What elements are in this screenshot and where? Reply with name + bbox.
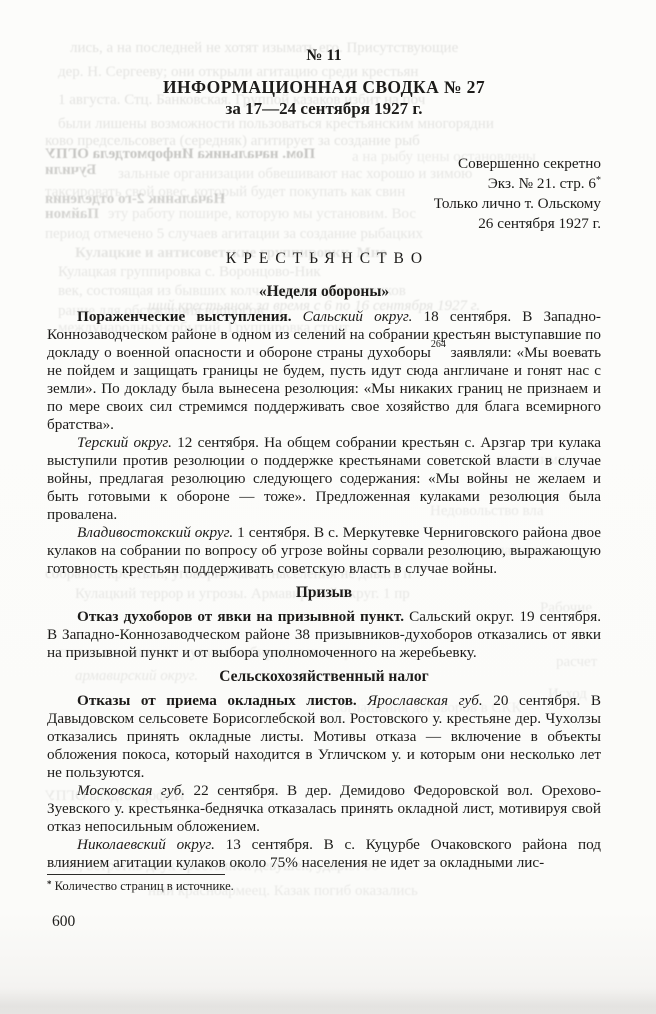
document-body: № 11 ИНФОРМАЦИОННАЯ СВОДКА № 27 за 17—24… xyxy=(47,0,601,872)
footnote-text: * Количество страниц в источнике. xyxy=(47,879,601,895)
paragraph-lead-bold: Пораженческие выступления. xyxy=(77,308,303,325)
page-number: 600 xyxy=(52,913,75,931)
document-date-range: за 17—24 сентября 1927 г. xyxy=(47,99,601,118)
district-name-italic: Терский округ. xyxy=(77,434,172,451)
subheading-defense-week: «Неделя обороны» xyxy=(47,283,601,301)
classification-secrecy: Совершенно секретно xyxy=(47,154,601,174)
document-title: ИНФОРМАЦИОННАЯ СВОДКА № 27 xyxy=(47,78,601,97)
district-name-italic: Николаевский округ. xyxy=(77,836,215,853)
subheading-agricultural-tax: Сельскохозяйственный налог xyxy=(47,668,601,686)
endnote-reference: 264 xyxy=(431,339,446,350)
paragraph-tax-sheet-refusals: Отказы от приема окладных листов. Яросла… xyxy=(47,692,601,782)
province-name-italic: Московская губ. xyxy=(77,782,185,799)
classification-copy-number: Экз. № 21. стр. 6* xyxy=(47,174,601,194)
footnote-marker: * xyxy=(47,879,52,889)
paragraph-moscow-gub: Московская губ. 22 сентября. В дер. Деми… xyxy=(47,782,601,836)
classification-block: Совершенно секретно Экз. № 21. стр. 6* Т… xyxy=(47,154,601,234)
paragraph-nikolaevsky-okrug: Николаевский округ. 13 сентября. В с. Ку… xyxy=(47,836,601,872)
footnote-block: * Количество страниц в источнике. xyxy=(47,874,601,895)
paragraph-vladivostok-okrug: Владивостокский округ. 1 сентября. В с. … xyxy=(47,524,601,578)
paragraph-dukhobor-refusal: Отказ духоборов от явки на призывной пун… xyxy=(47,608,601,662)
footnote-marker-reference: * xyxy=(596,175,601,186)
paragraph-tersky-okrug: Терский округ. 12 сентября. На общем соб… xyxy=(47,434,601,524)
footnote-content: Количество страниц в источнике. xyxy=(55,879,234,893)
province-name-italic: Ярославская губ. xyxy=(367,692,482,709)
district-name-italic: Владивостокский округ. xyxy=(77,524,233,541)
paragraph-lead-bold: Отказы от приема окладных листов. xyxy=(77,692,367,709)
document-number: № 11 xyxy=(47,0,601,64)
section-heading-peasantry: КРЕСТЬЯНСТВО xyxy=(47,250,601,267)
paragraph-defeatist-statements: Пораженческие выступления. Сальский окру… xyxy=(47,308,601,434)
classification-addressee: Только лично т. Ольскому xyxy=(47,194,601,214)
district-name-italic: Сальский округ. xyxy=(303,308,413,325)
paragraph-lead-bold: Отказ духоборов от явки на призывной пун… xyxy=(77,608,409,625)
classification-date: 26 сентября 1927 г. xyxy=(47,214,601,234)
subheading-conscription: Призыв xyxy=(47,584,601,602)
footnote-divider xyxy=(47,874,225,875)
copy-number-text: Экз. № 21. стр. 6 xyxy=(488,175,596,192)
scanned-document-page: лись, а на последней не хотят изымать ег… xyxy=(0,0,656,1014)
